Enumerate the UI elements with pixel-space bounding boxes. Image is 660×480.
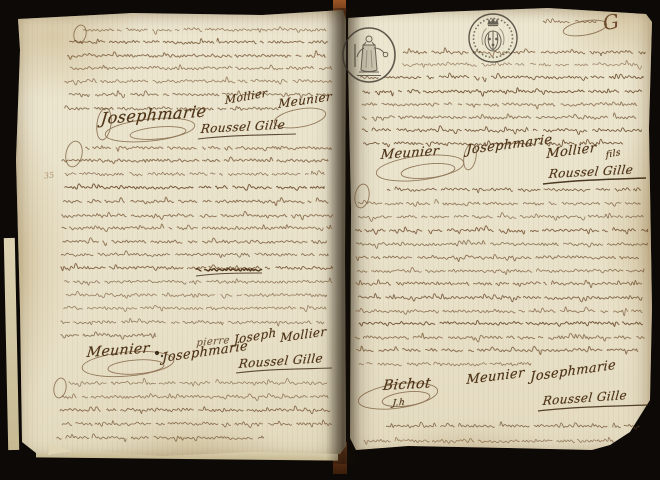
document-scan: G 35 Josephmarie Mollier Meunier Roussel… <box>0 0 660 480</box>
signature: J.h <box>392 398 406 409</box>
left-page <box>12 10 346 464</box>
margin-page-mark: 35 <box>44 170 55 180</box>
signature: Bichot <box>382 375 432 394</box>
effigy-stamp-icon <box>341 26 397 84</box>
crowned-arms-stamp-icon <box>467 12 519 64</box>
corner-annotation: G <box>601 9 620 35</box>
under-page-edge-left <box>4 238 19 450</box>
